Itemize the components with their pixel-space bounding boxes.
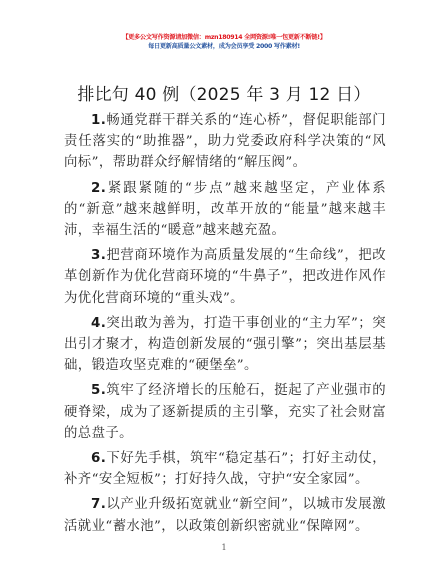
paragraph-text: 畅通党群干群关系的“连心桥”，督促职能部门责任落实的“助推器”，助力党委政府科学…	[64, 113, 386, 170]
page-number: 1	[0, 543, 448, 552]
promo-banner-line2: 每日更新高质量公文素材，成为会员享受 2000 写作素材!	[0, 42, 448, 51]
paragraph-7: 7.以产业升级拓宽就业“新空间”，以城市发展激活就业“蓄水池”，以政策创新织密就…	[64, 494, 386, 536]
paragraph-5: 5.筑牢了经济增长的压舱石，挺起了产业强市的硬脊梁，成为了逐新提质的主引擎，充实…	[64, 380, 386, 444]
paragraph-text: 以产业升级拓宽就业“新空间”，以城市发展激活就业“蓄水池”，以政策创新织密就业“…	[64, 497, 386, 533]
paragraph-text: 下好先手棋，筑牢“稳定基石”；打好主动仗，补齐“安全短板”；打好持久战，守护“安…	[64, 451, 386, 487]
document-body: 1.畅通党群干群关系的“连心桥”，督促职能部门责任落实的“助推器”，助力党委政府…	[64, 110, 386, 541]
paragraph-1: 1.畅通党群干群关系的“连心桥”，督促职能部门责任落实的“助推器”，助力党委政府…	[64, 110, 386, 174]
paragraph-number: 7.	[91, 497, 106, 512]
promo-banner: 【更多公文写作资源请加微信：mzn180914 全网资源!唯一包更新不断链!】 …	[0, 33, 448, 51]
paragraph-number: 3.	[91, 248, 106, 263]
paragraph-text: 把营商环境作为高质量发展的“生命线”，把改革创新作为优化营商环境的“牛鼻子”，把…	[64, 248, 386, 305]
paragraph-number: 6.	[91, 451, 106, 466]
paragraph-2: 2.紧跟紧随的“步点”越来越坚定，产业体系的“新意”越来越鲜明，改革开放的“能量…	[64, 178, 386, 242]
paragraph-number: 5.	[91, 383, 106, 398]
paragraph-6: 6.下好先手棋，筑牢“稳定基石”；打好主动仗，补齐“安全短板”；打好持久战，守护…	[64, 448, 386, 490]
paragraph-text: 紧跟紧随的“步点”越来越坚定，产业体系的“新意”越来越鲜明，改革开放的“能量”越…	[64, 181, 386, 238]
document-page: 【更多公文写作资源请加微信：mzn180914 全网资源!唯一包更新不断链!】 …	[0, 0, 448, 580]
paragraph-number: 4.	[91, 316, 106, 331]
paragraph-3: 3.把营商环境作为高质量发展的“生命线”，把改革创新作为优化营商环境的“牛鼻子”…	[64, 245, 386, 309]
paragraph-text: 突出敢为善为，打造干事创业的“主力军”；突出引才聚才，构造创新发展的“强引擎”；…	[64, 316, 386, 373]
promo-banner-line1: 【更多公文写作资源请加微信：mzn180914 全网资源!唯一包更新不断链!】	[0, 33, 448, 42]
paragraph-number: 1.	[91, 113, 106, 128]
paragraph-text: 筑牢了经济增长的压舱石，挺起了产业强市的硬脊梁，成为了逐新提质的主引擎，充实了社…	[64, 383, 386, 440]
document-title: 排比句 40 例（2025 年 3 月 12 日）	[0, 80, 448, 105]
paragraph-4: 4.突出敢为善为，打造干事创业的“主力军”；突出引才聚才，构造创新发展的“强引擎…	[64, 313, 386, 377]
paragraph-number: 2.	[91, 181, 106, 196]
